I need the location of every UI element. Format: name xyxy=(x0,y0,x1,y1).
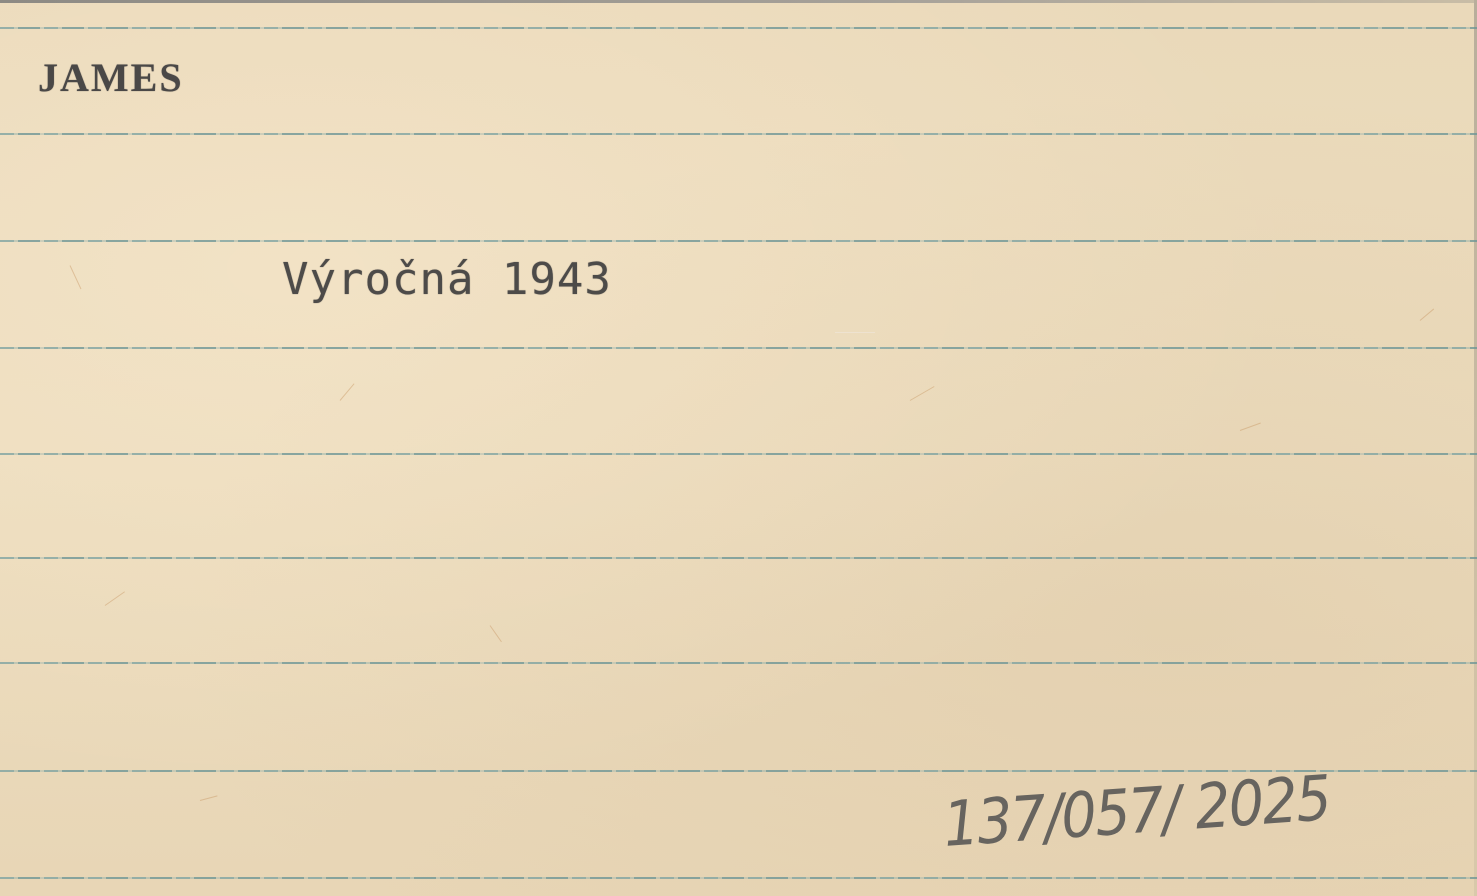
card-top-edge xyxy=(0,0,1477,3)
paper-fiber xyxy=(1240,423,1261,431)
ruled-line xyxy=(0,347,1477,349)
paper-fiber xyxy=(1420,309,1434,321)
index-card: JAMES Výročná 1943 137/057/ 2025 xyxy=(0,0,1477,896)
ruled-line xyxy=(0,662,1477,664)
card-surname: JAMES xyxy=(38,54,184,101)
paper-fiber xyxy=(910,386,935,401)
ruled-line xyxy=(0,453,1477,455)
catalog-number: 137/057/ 2025 xyxy=(941,761,1332,861)
paper-fiber xyxy=(200,795,218,801)
paper-fiber xyxy=(70,265,82,289)
paper-fiber xyxy=(835,332,875,333)
ruled-line xyxy=(0,133,1477,135)
ruled-line xyxy=(0,27,1477,29)
paper-fiber xyxy=(490,625,502,642)
ruled-line xyxy=(0,557,1477,559)
card-entry-title-year: Výročná 1943 xyxy=(282,254,612,305)
ruled-line xyxy=(0,240,1477,242)
ruled-line xyxy=(0,877,1477,879)
paper-fiber xyxy=(105,591,125,606)
paper-fiber xyxy=(340,383,355,400)
